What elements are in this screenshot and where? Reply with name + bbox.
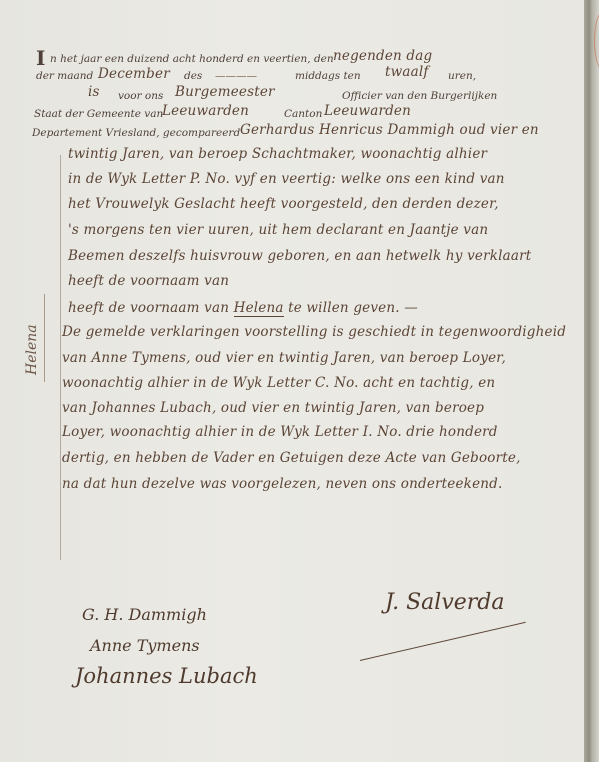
book-gutter xyxy=(584,0,599,762)
printed-line-1: n het jaar een duizend acht honderd en v… xyxy=(50,53,334,65)
margin-note: Helena xyxy=(24,324,40,375)
printed-line-3a: voor ons xyxy=(118,90,163,102)
handwritten-line-14: na dat hun dezelve was voorgelezen, neve… xyxy=(62,476,502,492)
filled-official: Burgemeester xyxy=(175,84,275,100)
filled-month: December xyxy=(98,66,170,82)
handwritten-line-2: in de Wyk Letter P. No. vyf en veertig: … xyxy=(68,171,505,187)
blank-dash: ———— xyxy=(215,70,257,82)
signature-witness-1: Anne Tymens xyxy=(90,636,200,655)
child-name: Helena xyxy=(234,300,284,317)
printed-line-2c: middags ten xyxy=(295,70,361,82)
handwritten-line-11: van Johannes Lubach, oud vier en twintig… xyxy=(62,400,484,416)
signature-father: G. H. Dammigh xyxy=(82,605,207,624)
handwritten-line-3: het Vrouwelyk Geslacht heeft voorgesteld… xyxy=(68,196,499,212)
margin-note-rule xyxy=(44,294,45,382)
handwritten-line-0: Gerhardus Henricus Dammigh oud vier en xyxy=(240,122,539,138)
name-line-tail: te willen geven. — xyxy=(288,300,418,316)
handwritten-line-8: De gemelde verklaringen voorstelling is … xyxy=(62,324,566,340)
filled-is: is xyxy=(88,84,100,100)
heeft-de-voornaam: heeft de voornaam van xyxy=(68,300,229,316)
register-page: I n het jaar een duizend acht honderd en… xyxy=(0,0,584,762)
handwritten-line-9: van Anne Tymens, oud vier en twintig Jar… xyxy=(62,350,506,366)
handwritten-line-5: Beemen deszelfs huisvrouw geboren, en aa… xyxy=(68,248,531,264)
decorated-initial: I xyxy=(36,46,45,70)
printed-line-2d: uren, xyxy=(448,70,476,82)
handwritten-line-1: twintig Jaren, van beroep Schachtmaker, … xyxy=(68,146,487,162)
filled-hour: twaalf xyxy=(385,64,429,80)
name-line: heeft de voornaam van Helena te willen g… xyxy=(68,300,418,316)
filled-municipality: Leeuwarden xyxy=(162,103,249,119)
printed-line-2b: des xyxy=(184,70,202,82)
signature-flourish xyxy=(360,622,526,661)
handwritten-line-10: woonachtig alhier in de Wyk Letter C. No… xyxy=(62,375,495,391)
handwritten-line-12: Loyer, woonachtig alhier in de Wyk Lette… xyxy=(62,424,498,440)
margin-rule xyxy=(60,155,61,560)
filled-canton: Leeuwarden xyxy=(324,103,411,119)
printed-line-4a: Staat der Gemeente van xyxy=(34,108,163,120)
handwritten-line-13: dertig, en hebben de Vader en Getuigen d… xyxy=(62,450,521,466)
handwritten-line-4: 's morgens ten vier uuren, uit hem decla… xyxy=(68,222,488,238)
signature-official: J. Salverda xyxy=(385,590,505,615)
printed-line-2a: der maand xyxy=(36,70,93,82)
handwritten-line-6: heeft de voornaam van xyxy=(68,273,229,289)
signature-witness-2: Johannes Lubach xyxy=(75,664,258,688)
printed-line-3b: Officier van den Burgerlijken xyxy=(342,90,497,102)
filled-day: negenden dag xyxy=(333,48,432,64)
printed-line-5: Departement Vriesland, gecompareerd xyxy=(32,127,240,139)
printed-line-4b: Canton xyxy=(284,108,322,120)
